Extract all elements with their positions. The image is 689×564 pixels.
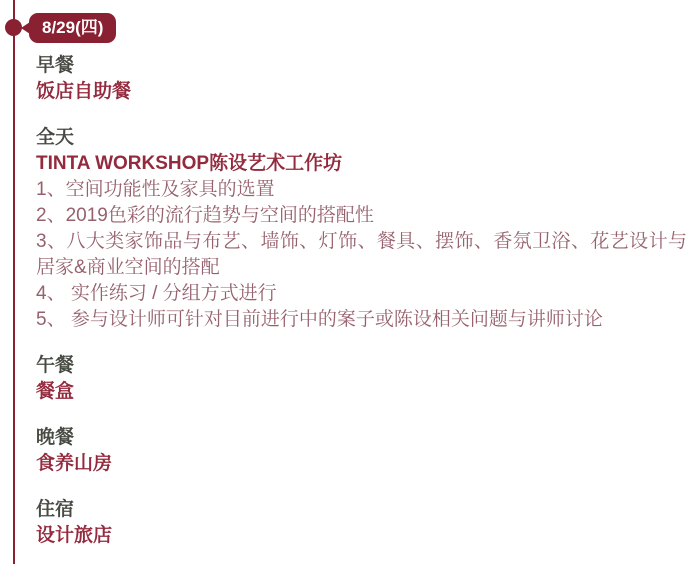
section-content-line: 餐盒 — [36, 379, 687, 405]
date-badge: 8/29(四) — [29, 13, 116, 43]
agenda-item: 4、 实作练习 / 分组方式进行 — [36, 281, 687, 307]
section-content-line: 食养山房 — [36, 451, 687, 477]
timeline-line — [13, 0, 15, 564]
section-label: 午餐 — [36, 353, 687, 379]
schedule-section: 早餐 饭店自助餐 — [36, 53, 687, 105]
schedule-section: 住宿 设计旅店 — [36, 497, 687, 549]
section-content-line: 设计旅店 — [36, 523, 687, 549]
agenda-item: 3、八大类家饰品与布艺、墙饰、灯饰、餐具、摆饰、香氛卫浴、花艺设计与居家&商业空… — [36, 229, 687, 281]
agenda-item: 5、 参与设计师可针对目前进行中的案子或陈设相关问题与讲师讨论 — [36, 307, 687, 333]
schedule-section: 午餐 餐盒 — [36, 353, 687, 405]
agenda-item: 2、2019色彩的流行趋势与空间的搭配性 — [36, 203, 687, 229]
section-content-line: 饭店自助餐 — [36, 79, 687, 105]
schedule-section: 全天 TINTA WORKSHOP陈设艺术工作坊1、空间功能性及家具的选置2、2… — [36, 125, 687, 333]
section-label: 住宿 — [36, 497, 687, 523]
section-label: 晚餐 — [36, 425, 687, 451]
section-label: 早餐 — [36, 53, 687, 79]
agenda-item: 1、空间功能性及家具的选置 — [36, 177, 687, 203]
itinerary-panel: 8/29(四) 早餐 饭店自助餐 全天 TINTA WORKSHOP陈设艺术工作… — [0, 0, 689, 564]
section-label: 全天 — [36, 125, 687, 151]
section-content-line: TINTA WORKSHOP陈设艺术工作坊 — [36, 151, 687, 177]
schedule-content: 早餐 饭店自助餐 全天 TINTA WORKSHOP陈设艺术工作坊1、空间功能性… — [36, 53, 687, 549]
schedule-section: 晚餐 食养山房 — [36, 425, 687, 477]
timeline-dot — [5, 19, 22, 36]
